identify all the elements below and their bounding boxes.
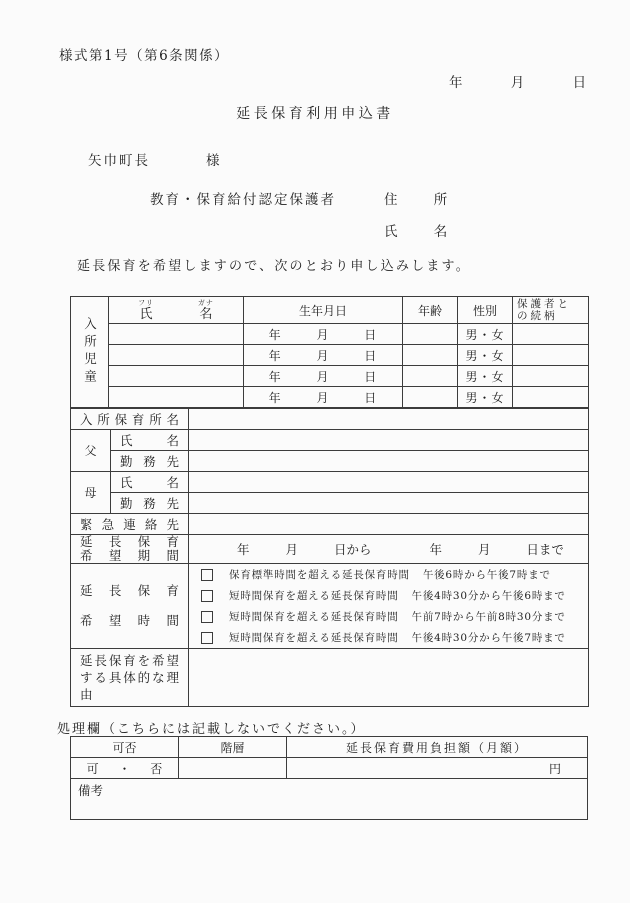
child-name-field[interactable] (109, 324, 244, 345)
time-option-text: 短時間保育を超える延長保育時間 (229, 588, 399, 603)
child-age-field[interactable] (403, 366, 458, 387)
addressee-name: 矢巾町長 (88, 149, 150, 169)
child-relation-field[interactable] (513, 345, 589, 366)
emergency-contact-field[interactable] (189, 514, 589, 535)
nursery-name-field[interactable] (189, 409, 589, 430)
time-option-hours: 午後4時30分から午後7時まで (412, 630, 566, 645)
time-option-text: 保育標準時間を超える延長保育時間 (229, 567, 410, 582)
child-age-field[interactable] (403, 387, 458, 408)
column-header-name: フリ 氏 ガナ 名 (109, 297, 244, 324)
furigana-text: ガナ (198, 300, 214, 307)
time-option-row: 短時間保育を超える延長保育時間 午後4時30分から午後7時まで (189, 627, 588, 648)
child-birthdate-field[interactable]: 年 月 日 (244, 345, 403, 366)
child-sex-field[interactable]: 男・女 (458, 387, 513, 408)
father-label: 父 (71, 430, 111, 472)
child-age-field[interactable] (403, 324, 458, 345)
tier-header: 階層 (179, 737, 287, 758)
application-form-page: 様式第1号（第6条関係） 年 月 日 延長保育利用申込書 矢巾町長 様 教育・保… (0, 0, 630, 903)
address-label: 住 所 (384, 188, 449, 208)
child-name-field[interactable] (109, 366, 244, 387)
checkbox-icon[interactable] (201, 611, 213, 623)
form-number: 様式第1号（第6条関係） (59, 44, 229, 64)
mother-name-field[interactable] (189, 472, 589, 493)
child-row: 年 月 日 男・女 (71, 324, 589, 345)
period-from-placeholder: 年 月 日から (237, 540, 371, 558)
processing-table: 可否 階層 延長保育費用負担額（月額） 可 ・ 否 円 備考 (70, 736, 588, 820)
father-workplace-label: 勤務先 (111, 451, 189, 472)
time-option-hours: 午後4時30分から午後6時まで (412, 588, 566, 603)
column-header-sex: 性別 (458, 297, 513, 324)
children-section-label: 入所児童 (71, 297, 109, 408)
approval-header: 可否 (71, 737, 179, 758)
applicant-label: 教育・保育給付認定保護者 (150, 188, 336, 208)
time-option-row: 短時間保育を超える延長保育時間 午後4時30分から午後6時まで (189, 585, 588, 606)
kanji-text: 名 (199, 308, 212, 321)
child-sex-field[interactable]: 男・女 (458, 324, 513, 345)
fee-amount-field[interactable]: 円 (287, 758, 588, 779)
father-name-field[interactable] (189, 430, 589, 451)
time-option-text: 短時間保育を超える延長保育時間 (229, 630, 399, 645)
child-sex-field[interactable]: 男・女 (458, 366, 513, 387)
time-option-row: 短時間保育を超える延長保育時間 午前7時から午前8時30分まで (189, 606, 588, 627)
child-name-field[interactable] (109, 387, 244, 408)
child-row: 年 月 日 男・女 (71, 345, 589, 366)
mother-workplace-label: 勤務先 (111, 493, 189, 514)
intro-sentence: 延長保育を希望しますので、次のとおり申し込みします。 (77, 255, 471, 274)
child-birthdate-field[interactable]: 年 月 日 (244, 366, 403, 387)
addressee-honorific: 様 (206, 149, 222, 169)
mother-name-label: 氏名 (111, 472, 189, 493)
time-label: 延長保育 希望時間 (71, 564, 189, 649)
child-row: 年 月 日 男・女 (71, 387, 589, 408)
tier-field[interactable] (179, 758, 287, 779)
child-relation-field[interactable] (513, 324, 589, 345)
details-section-table: 入所保育所名 父 氏名 勤務先 母 氏名 勤務先 緊急連絡 (70, 408, 589, 707)
checkbox-icon[interactable] (201, 590, 213, 602)
time-option-text: 短時間保育を超える延長保育時間 (229, 609, 399, 624)
period-field[interactable]: 年 月 日から 年 月 日まで (189, 535, 589, 564)
processing-section-heading: 処理欄（こちらには記載しないでください。） (57, 718, 366, 737)
child-relation-field[interactable] (513, 366, 589, 387)
period-label: 延長保育 希望期間 (71, 535, 189, 564)
name-header-furigana-1: フリ 氏 (138, 300, 154, 321)
time-option-row: 保育標準時間を超える延長保育時間 午後6時から午後7時まで (189, 564, 588, 585)
remarks-field[interactable]: 備考 (71, 779, 588, 820)
name-label: 氏 名 (384, 220, 449, 240)
father-workplace-field[interactable] (189, 451, 589, 472)
child-name-field[interactable] (109, 345, 244, 366)
child-row: 年 月 日 男・女 (71, 366, 589, 387)
nursery-name-label: 入所保育所名 (71, 409, 189, 430)
approval-options-field[interactable]: 可 ・ 否 (71, 758, 179, 779)
time-option-hours: 午前7時から午前8時30分まで (412, 609, 566, 624)
child-birthdate-field[interactable]: 年 月 日 (244, 324, 403, 345)
emergency-contact-label: 緊急連絡先 (71, 514, 189, 535)
time-option-hours: 午後6時から午後7時まで (423, 567, 551, 582)
father-name-label: 氏名 (111, 430, 189, 451)
reason-label: 延長保育を希望する具体的な理由 (71, 649, 189, 707)
period-to-placeholder: 年 月 日まで (429, 540, 563, 558)
page-title: 延長保育利用申込書 (0, 103, 630, 123)
furigana-text: フリ (138, 300, 154, 307)
child-birthdate-field[interactable]: 年 月 日 (244, 387, 403, 408)
column-header-birthdate: 生年月日 (244, 297, 403, 324)
time-options-cell: 保育標準時間を超える延長保育時間 午後6時から午後7時まで 短時間保育を超える延… (189, 564, 589, 649)
child-age-field[interactable] (403, 345, 458, 366)
mother-label: 母 (71, 472, 111, 514)
fee-header: 延長保育費用負担額（月額） (287, 737, 588, 758)
column-header-age: 年齢 (403, 297, 458, 324)
name-header-furigana-2: ガナ 名 (198, 300, 214, 321)
application-table: 入所児童 フリ 氏 ガナ 名 生年月日 年齢 性別 (70, 296, 588, 707)
mother-workplace-field[interactable] (189, 493, 589, 514)
children-section-table: 入所児童 フリ 氏 ガナ 名 生年月日 年齢 性別 (70, 296, 589, 408)
column-header-relation: 保護者と の続柄 (513, 297, 589, 324)
date-placeholder: 年 月 日 (449, 71, 588, 91)
kanji-text: 氏 (139, 308, 152, 321)
checkbox-icon[interactable] (201, 569, 213, 581)
checkbox-icon[interactable] (201, 632, 213, 644)
reason-field[interactable] (189, 649, 589, 707)
child-sex-field[interactable]: 男・女 (458, 345, 513, 366)
child-relation-field[interactable] (513, 387, 589, 408)
